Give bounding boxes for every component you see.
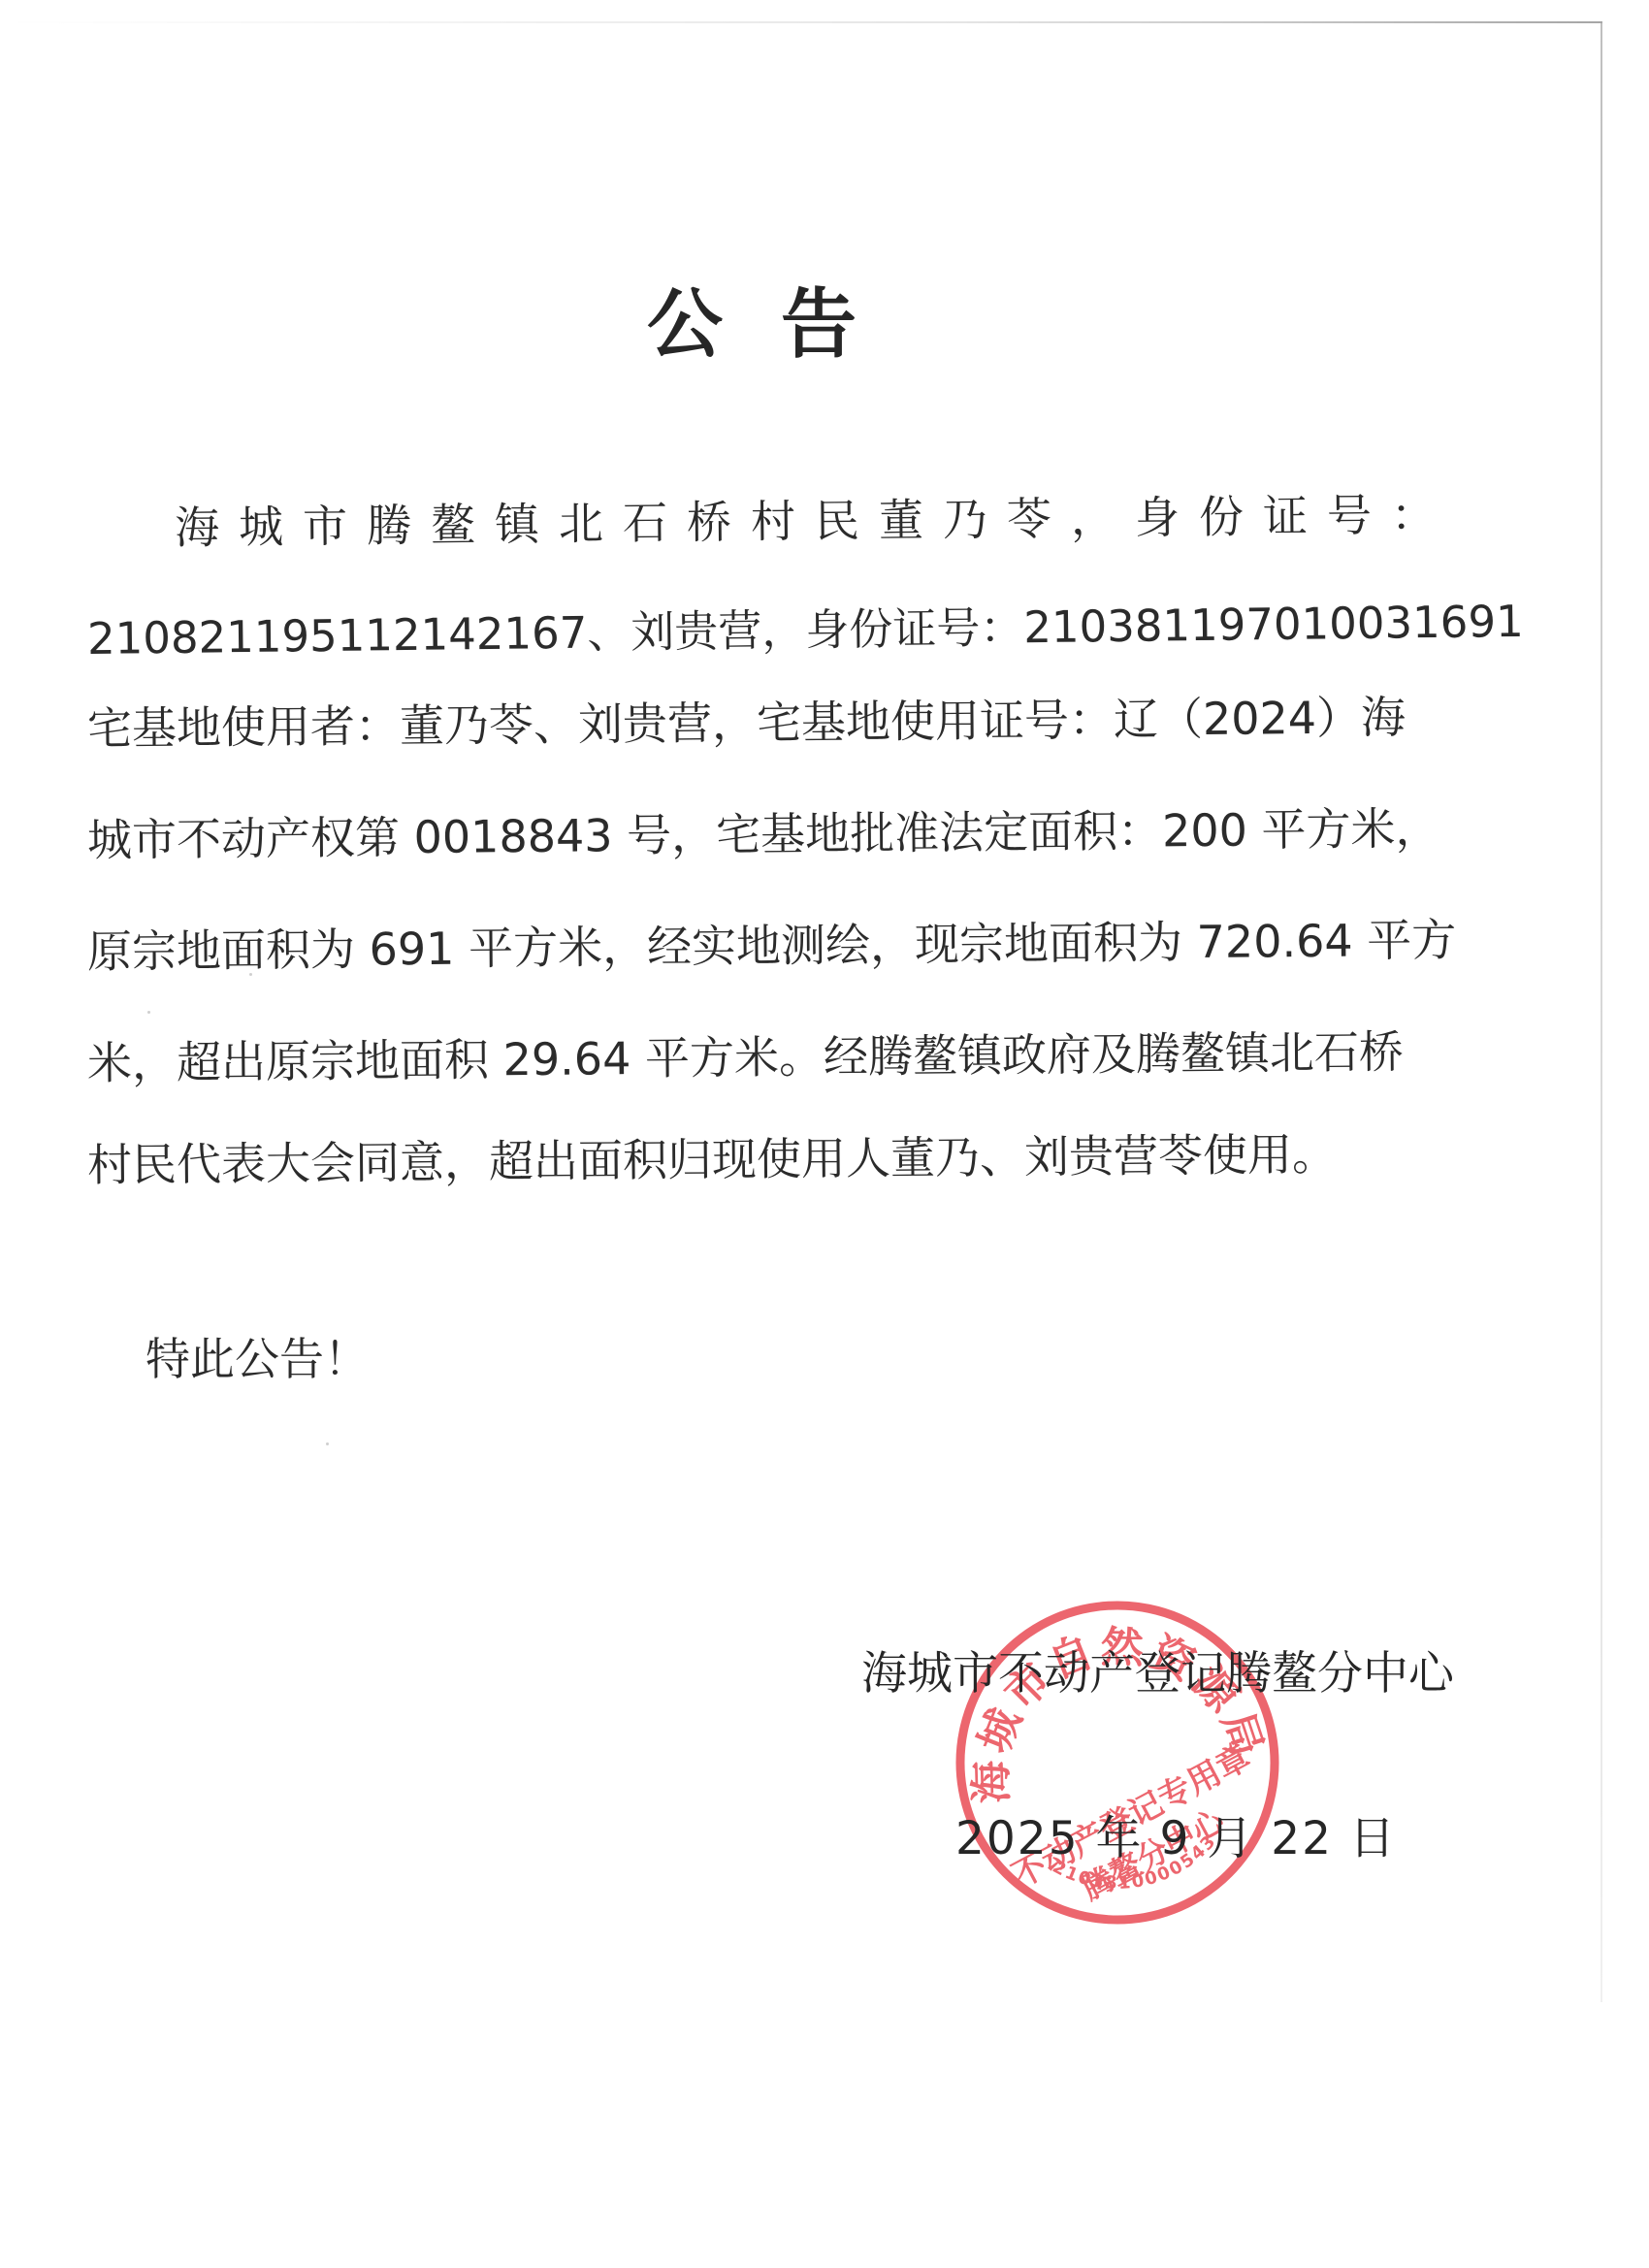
scan-edge-top [0, 21, 1602, 23]
issuer-name: 海城市不动产登记腾鳌分中心 [861, 1637, 1454, 1702]
body-line-2: 210821195112142167、刘贵营，身份证号：210381197010… [87, 586, 1524, 666]
scan-speck [249, 973, 252, 976]
issue-date: 2025 年 9 月 22 日 [955, 1802, 1397, 1867]
scan-speck [147, 1011, 150, 1014]
scan-speck [326, 1442, 329, 1445]
scan-edge-right [1600, 23, 1602, 2002]
body-line-6: 米，超出原宗地面积 29.64 平方米。经腾鳌镇政府及腾鳌镇北石桥 [87, 1017, 1404, 1092]
body-line-4: 城市不动产权第 0018843 号，宅基地批准法定面积：200 平方米， [87, 794, 1440, 869]
body-line-7: 村民代表大会同意，超出面积归现使用人董乃、刘贵营苓使用。 [87, 1119, 1338, 1194]
body-line-3: 宅基地使用者：董乃苓、刘贵营，宅基地使用证号：辽（2024）海 [87, 682, 1406, 758]
body-line-5: 原宗地面积为 691 平方米，经实地测绘，现宗地面积为 720.64 平方 [87, 905, 1457, 981]
body-line-1: 海城市腾鳌镇北石桥村民董乃苓，身份证号： [175, 479, 1456, 557]
page-title: 公告 [0, 264, 1562, 373]
closing-statement: 特此公告！ [145, 1324, 369, 1388]
